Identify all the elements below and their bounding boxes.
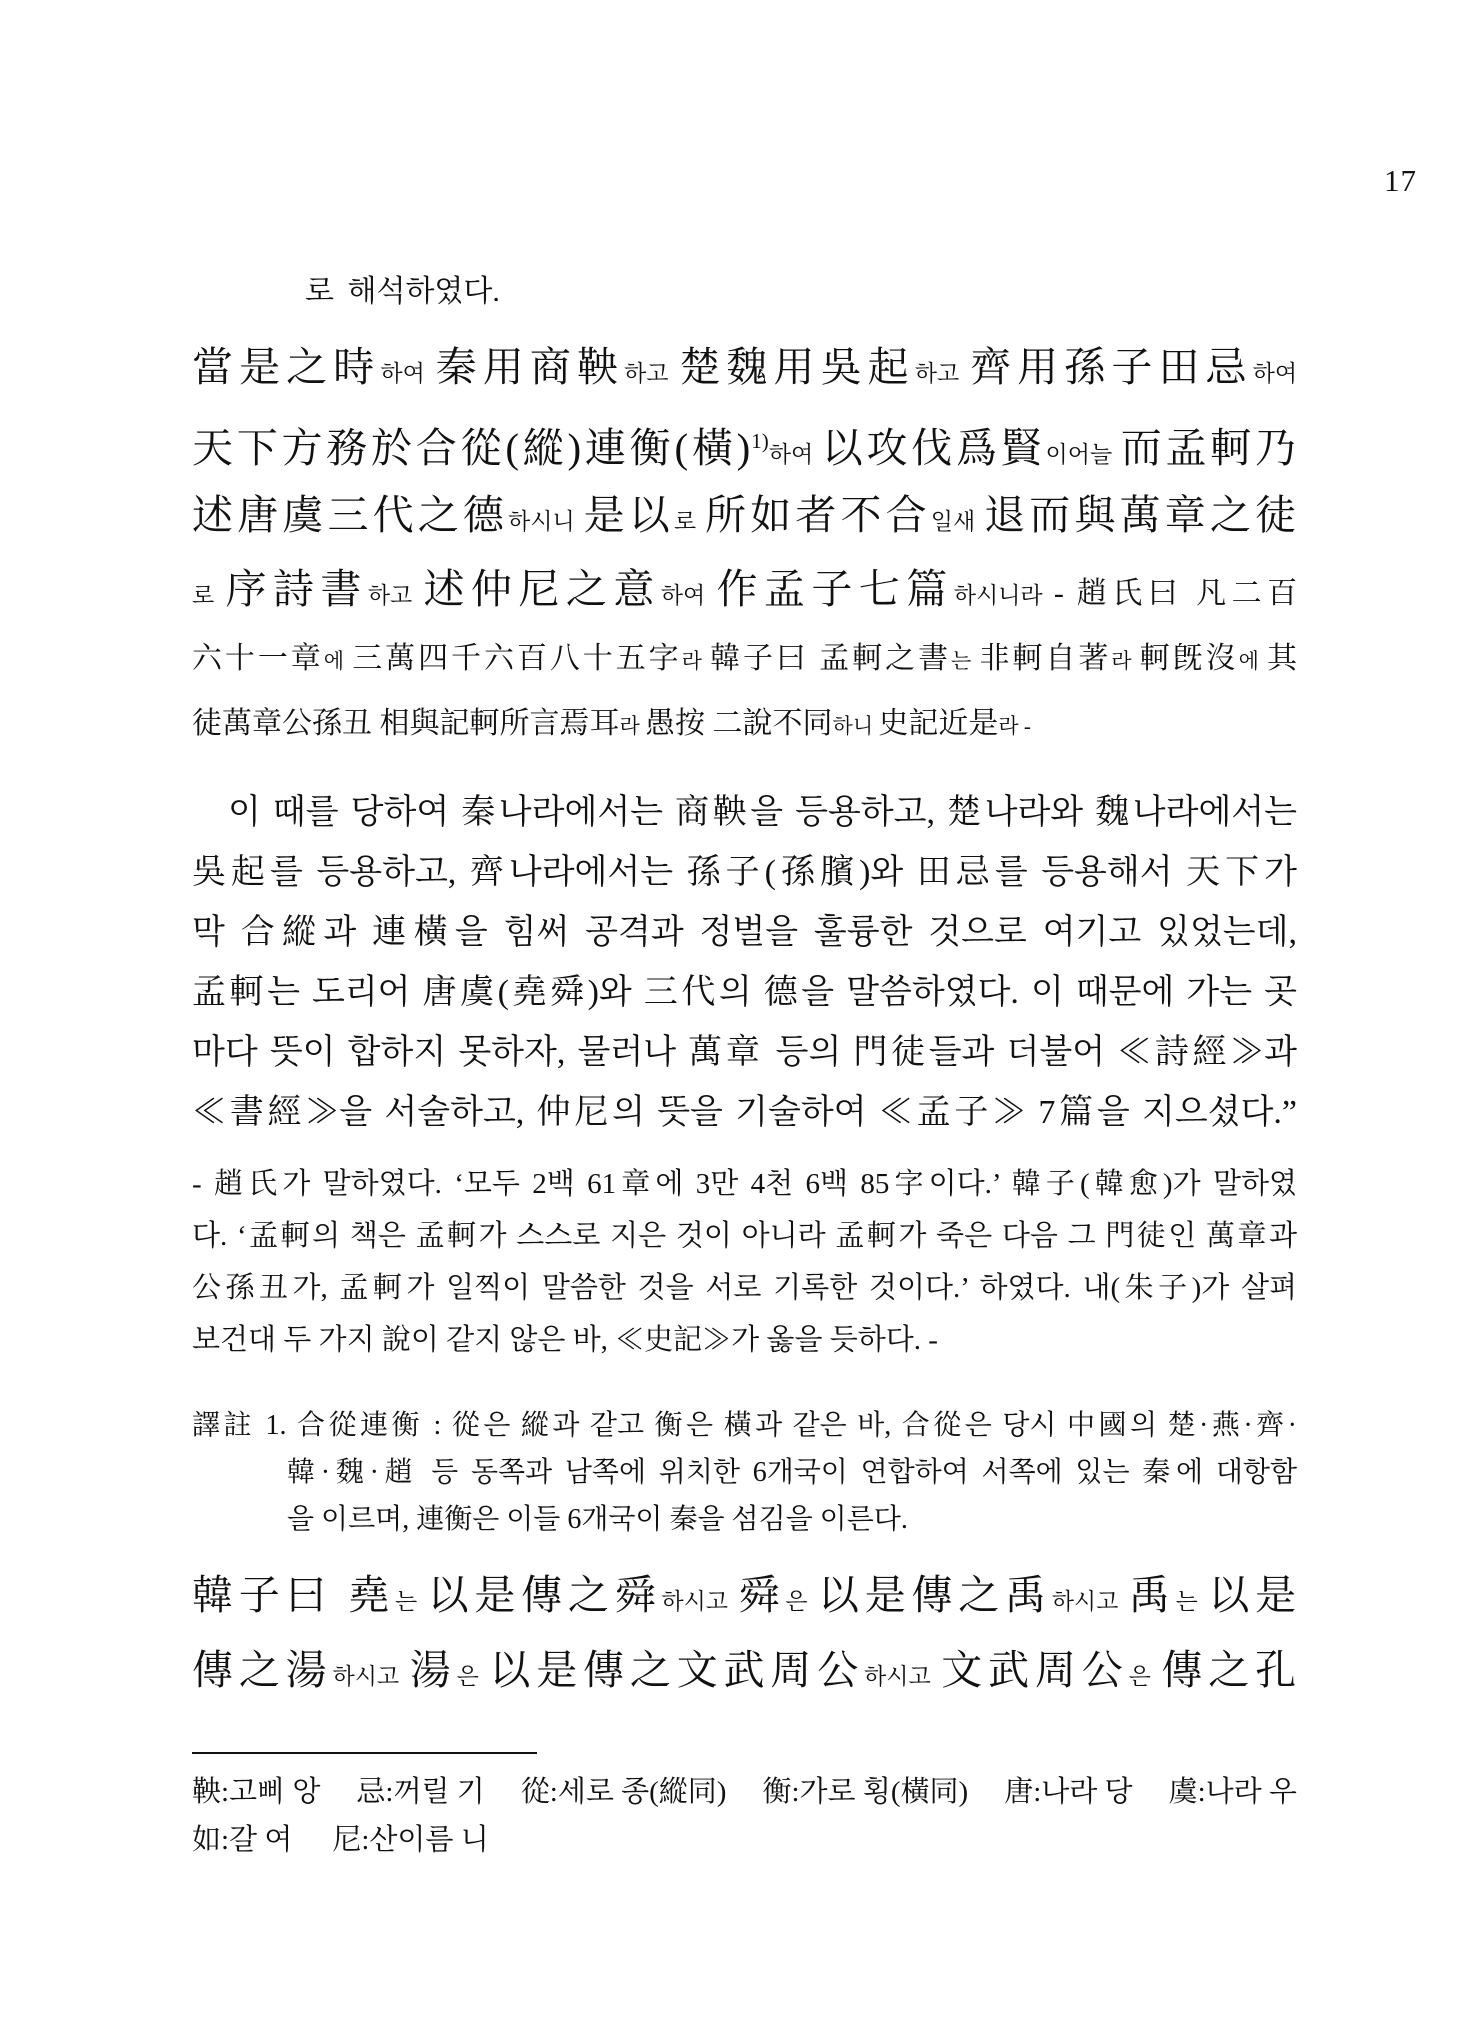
gloss-entry: 尼:산이름 니 [332, 1816, 488, 1864]
gloss-line: 鞅:고삐 앙忌:꺼릴 기從:세로 종(縱同)衡:가로 횡(橫同)唐:나라 당虞:… [192, 1768, 1297, 1816]
korean-translation: 이 때를 당하여 秦나라에서는 商鞅을 등용하고, 楚나라와 魏나라에서는 吳起… [192, 783, 1297, 1143]
hanmun-line: 述唐虞三代之德하시니 是以로 所如者不合일새 退而與萬章之徒 [192, 478, 1297, 552]
gloss-entry: 唐:나라 당 [1004, 1768, 1132, 1816]
translator-note: 譯註 1. 合從連衡 : 從은 縱과 같고 衡은 橫과 같은 바, 合從은 당시… [192, 1402, 1297, 1543]
gloss-entry: 從:세로 종(縱同) [521, 1768, 727, 1816]
gloss-entry: 鞅:고삐 앙 [192, 1768, 320, 1816]
gloss-line: 如:갈 여尼:산이름 니 [192, 1816, 1297, 1864]
commentary-line: - 趙氏가 말하였다. ‘모두 2백 61章에 3만 4천 6백 85字이다.’… [192, 1158, 1297, 1210]
translation-line: 막 合縱과 連橫을 힘써 공격과 정벌을 훌륭한 것으로 여기고 있었는데, [192, 903, 1297, 963]
lead-sentence: 로 해석하였다. [305, 266, 500, 310]
commentary-line: 公孫丑가, 孟軻가 일찍이 말씀한 것을 서로 기록한 것이다.’ 하였다. 내… [192, 1262, 1297, 1314]
commentary-line: 다. ‘孟軻의 책은 孟軻가 스스로 지은 것이 아니라 孟軻가 죽은 다음 그… [192, 1210, 1297, 1262]
page-number: 17 [1384, 163, 1417, 199]
translation-line: 마다 뜻이 합하지 못하자, 물러나 萬章 등의 門徒들과 더불어 ≪詩經≫과 [192, 1023, 1297, 1083]
translator-note-line: 韓·魏·趙 등 동쪽과 남쪽에 위치한 6개국이 연합하여 서쪽에 있는 秦에 … [192, 1449, 1297, 1496]
gloss-entry: 如:갈 여 [192, 1816, 292, 1864]
hanmun-line: 傳之湯하시고 湯은 以是傳之文武周公하시고 文武周公은 傳之孔 [192, 1633, 1297, 1708]
character-glosses: 鞅:고삐 앙忌:꺼릴 기從:세로 종(縱同)衡:가로 횡(橫同)唐:나라 당虞:… [192, 1768, 1297, 1864]
translation-line: 이 때를 당하여 秦나라에서는 商鞅을 등용하고, 楚나라와 魏나라에서는 [192, 783, 1297, 843]
translation-line: 孟軻는 도리어 唐虞(堯舜)와 三代의 德을 말씀하였다. 이 때문에 가는 곳 [192, 963, 1297, 1023]
translation-line: ≪書經≫을 서술하고, 仲尼의 뜻을 기술하여 ≪孟子≫ 7篇을 지으셨다.” [192, 1083, 1297, 1143]
translator-note-line: 을 이르며, 連衡은 이들 6개국이 秦을 섬김을 이른다. [192, 1496, 1297, 1543]
hanmun-block-2: 韓子曰 堯는 以是傳之舜하시고 舜은 以是傳之禹하시고 禹는 以是 傳之湯하시고… [192, 1558, 1297, 1708]
hanmun-line: 韓子曰 堯는 以是傳之舜하시고 舜은 以是傳之禹하시고 禹는 以是 [192, 1558, 1297, 1633]
document-page: 17 로 해석하였다. 當是之時하여 秦用商鞅하고 楚魏用吳起하고 齊用孫子田忌… [0, 0, 1480, 2024]
gloss-entry: 忌:꺼릴 기 [356, 1768, 484, 1816]
translation-line: 吳起를 등용하고, 齊나라에서는 孫子(孫臏)와 田忌를 등용해서 天下가 [192, 843, 1297, 903]
hanmun-line: 天下方務於合從(縱)連衡(橫)1)하여 以攻伐爲賢이어늘 而孟軻乃 [192, 404, 1297, 478]
footnote-rule [192, 1752, 537, 1754]
gloss-entry: 衡:가로 횡(橫同) [762, 1768, 968, 1816]
hanmun-block-1: 當是之時하여 秦用商鞅하고 楚魏用吳起하고 齊用孫子田忌하여 天下方務於合從(縱… [192, 330, 1297, 756]
hanmun-annotation-line: 六十一章에 三萬四千六百八十五字라 韓子曰 孟軻之書는 非軻自著라 軻旣沒에 其 [192, 626, 1297, 691]
hanmun-line: 當是之時하여 秦用商鞅하고 楚魏用吳起하고 齊用孫子田忌하여 [192, 330, 1297, 404]
gloss-entry: 虞:나라 우 [1169, 1768, 1297, 1816]
translator-note-line: 譯註 1. 合從連衡 : 從은 縱과 같고 衡은 橫과 같은 바, 合從은 당시… [192, 1402, 1297, 1449]
hanmun-line: 로 序詩書하고 述仲尼之意하여 作孟子七篇하시니라 - 趙氏曰 凡二百 [192, 552, 1297, 626]
commentary-translation: - 趙氏가 말하였다. ‘모두 2백 61章에 3만 4천 6백 85字이다.’… [192, 1158, 1297, 1366]
hanmun-annotation-line: 徒萬章公孫丑 相與記軻所言焉耳라 愚按 二說不同하니 史記近是라 - [192, 691, 1297, 756]
commentary-line: 보건대 두 가지 說이 같지 않은 바, ≪史記≫가 옳을 듯하다. - [192, 1314, 1297, 1366]
